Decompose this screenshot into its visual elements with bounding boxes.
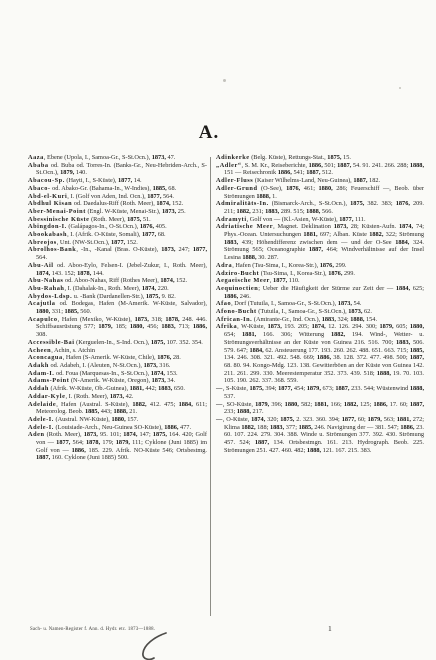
entry-headword: Abreojos [28, 239, 57, 246]
entry-headword: — [216, 401, 223, 408]
index-entry: Adinkerke (Belg. Küste), Rettungs-Stat.,… [216, 154, 424, 162]
index-column-right: Adinkerke (Belg. Küste), Rettungs-Stat.,… [216, 154, 424, 454]
index-entry: Aegaeische Meer, 1877, 110. [216, 277, 424, 285]
entry-headword: — [216, 385, 223, 392]
scan-speck [223, 79, 226, 82]
index-entry: Abrolhos-Bank, -In., -Kanal (Bras. O-Küs… [28, 246, 207, 261]
index-entry: Adele-I. (Louisiade-Arch., Neu-Guinea SO… [28, 424, 207, 432]
entry-headword: Abrolhos-Bank [28, 246, 76, 253]
index-entry: Abookabash, I. (Afrik. O-Küste, Somali),… [28, 231, 207, 239]
entry-headword: Adler-Fluss [216, 177, 253, 184]
index-entry: —, SO-Küste, 1879, 396; 1880, 582; 1881,… [216, 401, 424, 416]
entry-headword: Adam-I. [28, 370, 54, 377]
index-entry: Abreojos, Unt. (NW-St.Ocn.), 1877, 152. [28, 239, 207, 247]
entry-headword: Abdhul Kisan [28, 200, 72, 207]
entry-headword: Ababa [28, 162, 49, 169]
entry-headword: Abingdon-I. [28, 223, 67, 230]
index-entry: African-In. (Amirante-Gr., Ind. Ocn.), 1… [216, 316, 424, 324]
index-entry: Admiralitäts-In. (Bismarck-Arch., S-St.O… [216, 200, 424, 215]
index-entry: Abessinische Küste (Roth. Meer), 1875, 5… [28, 216, 207, 224]
index-entry: Adler-Fluss (Kaiser Wilhelms-Land, Neu-G… [216, 177, 424, 185]
entry-headword: African-In. [216, 316, 252, 323]
index-entry: Aber-Menai-Point (Engl. W-Küste, Menai-S… [28, 208, 207, 216]
index-entry: Adams-Point (N-Amerik. W-Küste, Oregon),… [28, 377, 207, 385]
entry-headword: Aconcagua [28, 354, 63, 361]
index-entry: Abd-el-Kuri, I. (Golf von Aden, Ind. Ocn… [28, 193, 207, 201]
entry-headword: Adele-I. [28, 424, 54, 431]
entry-headword: Adelaide [28, 401, 56, 408]
index-entry: Aden (Roth. Meer), 1873, 95. 101; 1874, … [28, 431, 207, 462]
index-entry: Accessible-Bai (Kerguelen-In., S-Ind. Oc… [28, 339, 207, 347]
index-entry: Adriatische Meer, Magnet. Deklination 18… [216, 223, 424, 262]
index-entry: Adra, Hafen (Tsu-Sima, I., Korea-Str.), … [216, 262, 424, 270]
entry-headword: Aaza [28, 154, 44, 161]
entry-headword: Aequinoctien [216, 285, 258, 292]
entry-headword: Acheen [28, 347, 51, 354]
entry-headword: Adler-Grund [216, 185, 258, 192]
entry-headword: Abydos-Ldsp. [28, 293, 72, 300]
entry-headword: Adams-Point [28, 377, 69, 384]
entry-headword: — [216, 416, 223, 423]
index-entry: Abydos-Ldsp. u. -Bank (Dardanellen-Str.)… [28, 293, 207, 301]
index-entry: Aconcagua, Hafen (S-Amerik. W-Küste, Chi… [28, 354, 207, 362]
index-entry: Adramyti, Golf von — (Kl.-Asien, W-Küste… [216, 216, 424, 224]
index-entry: Aequinoctien; Ueber die Häufigkeit der S… [216, 285, 424, 300]
entry-headword: Abu-Nahas [28, 277, 63, 284]
index-entry: Acapulco, Hafen (Mexiko, W-Küste), 1873,… [28, 316, 207, 339]
index-entry: Adler-Grund (O-See), 1876, 461; 1880, 28… [216, 185, 424, 200]
index-entry: Adam-I. od. Foua (Marquesas-In., S-St.Oc… [28, 370, 207, 378]
entry-headword: Adinkerke [216, 154, 250, 161]
index-entry: —, S-Küste, 1875, 394; 1877, 454; 1879, … [216, 385, 424, 400]
index-entry: Acajutla od. Bodegas, Hafen (M-Amerik. W… [28, 300, 207, 315]
entry-headword: Adra [216, 262, 232, 269]
index-entry: Aaza, Ebene (Upola, I., Samoa-Gr., S-St.… [28, 154, 207, 162]
index-entry: Adziro-Bucht (Tsu-Sima, I., Korea-Str.),… [216, 270, 424, 278]
index-entry: Adelaide, Hafen (Austral. S-Küste), 1882… [28, 401, 207, 416]
index-entry: Adele-I. (Austral. NW-Küste), 1880, 157. [28, 416, 207, 424]
entry-headword: Accessible-Bai [28, 339, 75, 346]
index-entry: Adakh od. Adabeh, I. (Aleuten, N-St.Ocn.… [28, 362, 207, 370]
entry-headword: Acajutla [28, 300, 55, 307]
index-entry: Abacou-Sp. (Hayti, I., S-Küste), 1877, 1… [28, 177, 207, 185]
entry-headword: Afao [216, 300, 231, 307]
entry-headword: Afono-Bucht [216, 308, 257, 315]
entry-headword: Abessinische Küste [28, 216, 90, 223]
entry-headword: Abookabash [28, 231, 67, 238]
section-heading-letter-a: A. [0, 122, 418, 144]
index-entry: Abaco- od. Abako-Gr. (Bahama-In., W-Indi… [28, 185, 207, 193]
index-entry: Afono-Bucht (Tutuila, I., Samoa-Gr., S-S… [216, 308, 424, 316]
entry-headword: Aden [28, 431, 45, 438]
entry-headword: Adramyti [216, 216, 247, 223]
entry-headword: Adriatische Meer [216, 223, 273, 230]
entry-headword: Adakh [28, 362, 49, 369]
entry-headword: Aegaeische Meer [216, 277, 270, 284]
scan-speck [399, 87, 401, 89]
entry-headword: Addar-Kyle [28, 393, 65, 400]
entry-headword: Afrika [216, 323, 237, 330]
index-entry: Abdhul Kisan od. Daedalus-Riff (Roth. Me… [28, 200, 207, 208]
index-entry: Ababa od. Buba od. Torres-In. (Banks-Gr.… [28, 162, 207, 177]
entry-headword: Abu-Rahah [28, 285, 64, 292]
page-number: 1 [328, 624, 332, 633]
handwritten-ink-mark [136, 631, 178, 660]
index-entry: Addah (Afrik. W-Küste, Ob.-Guinea), 1881… [28, 385, 207, 393]
index-entry: „Adler“, S. M. Kr., Reiseberichte, 1886,… [216, 162, 424, 177]
index-entry: Acheen, Achin, s. Atchin [28, 347, 207, 355]
index-column-left: Aaza, Ebene (Upola, I., Samoa-Gr., S-St.… [28, 154, 207, 462]
index-entry: Abu-Ail od. Aboo-Eylo, Felsen-I. (Jebel-… [28, 262, 207, 277]
index-entry: Abu-Rahah, I. (Dahalak-In., Roth. Meer),… [28, 285, 207, 293]
entry-headword: Addah [28, 385, 49, 392]
entry-headword: „Adler“ [216, 162, 242, 169]
entry-headword: Adele-I. [28, 416, 54, 423]
index-entry: Afrika, W-Küste, 1873, 193. 205; 1874, 1… [216, 323, 424, 385]
index-entry: Afao, Dorf (Tutuila, I., Samoa-Gr., S-St… [216, 300, 424, 308]
entry-headword: Acapulco [28, 316, 58, 323]
index-entry: Abu-Nahas od. Aboo-Nahas, Riff (Rothes M… [28, 277, 207, 285]
entry-headword: Adziro-Bucht [216, 270, 259, 277]
index-entry: Addar-Kyle, I. (Roth. Meer), 1873, 42. [28, 393, 207, 401]
entry-headword: Abaco- [28, 185, 51, 192]
index-entry: Abingdon-I. (Galápagos-In., O-St.Ocn.), … [28, 223, 207, 231]
entry-headword: Admiralitäts-In. [216, 200, 269, 207]
entry-headword: Abd-el-Kuri [28, 193, 67, 200]
index-entry: —, O-Küste, 1874, 320; 1875, 2. 323. 360… [216, 416, 424, 455]
scanned-index-page: A. Aaza, Ebene (Upola, I., Samoa-Gr., S-… [0, 0, 436, 660]
entry-headword: Abu-Ail [28, 262, 54, 269]
entry-headword: Abacou-Sp. [28, 177, 65, 184]
entry-headword: Aber-Menai-Point [28, 208, 86, 215]
column-divider-rule [210, 157, 211, 616]
